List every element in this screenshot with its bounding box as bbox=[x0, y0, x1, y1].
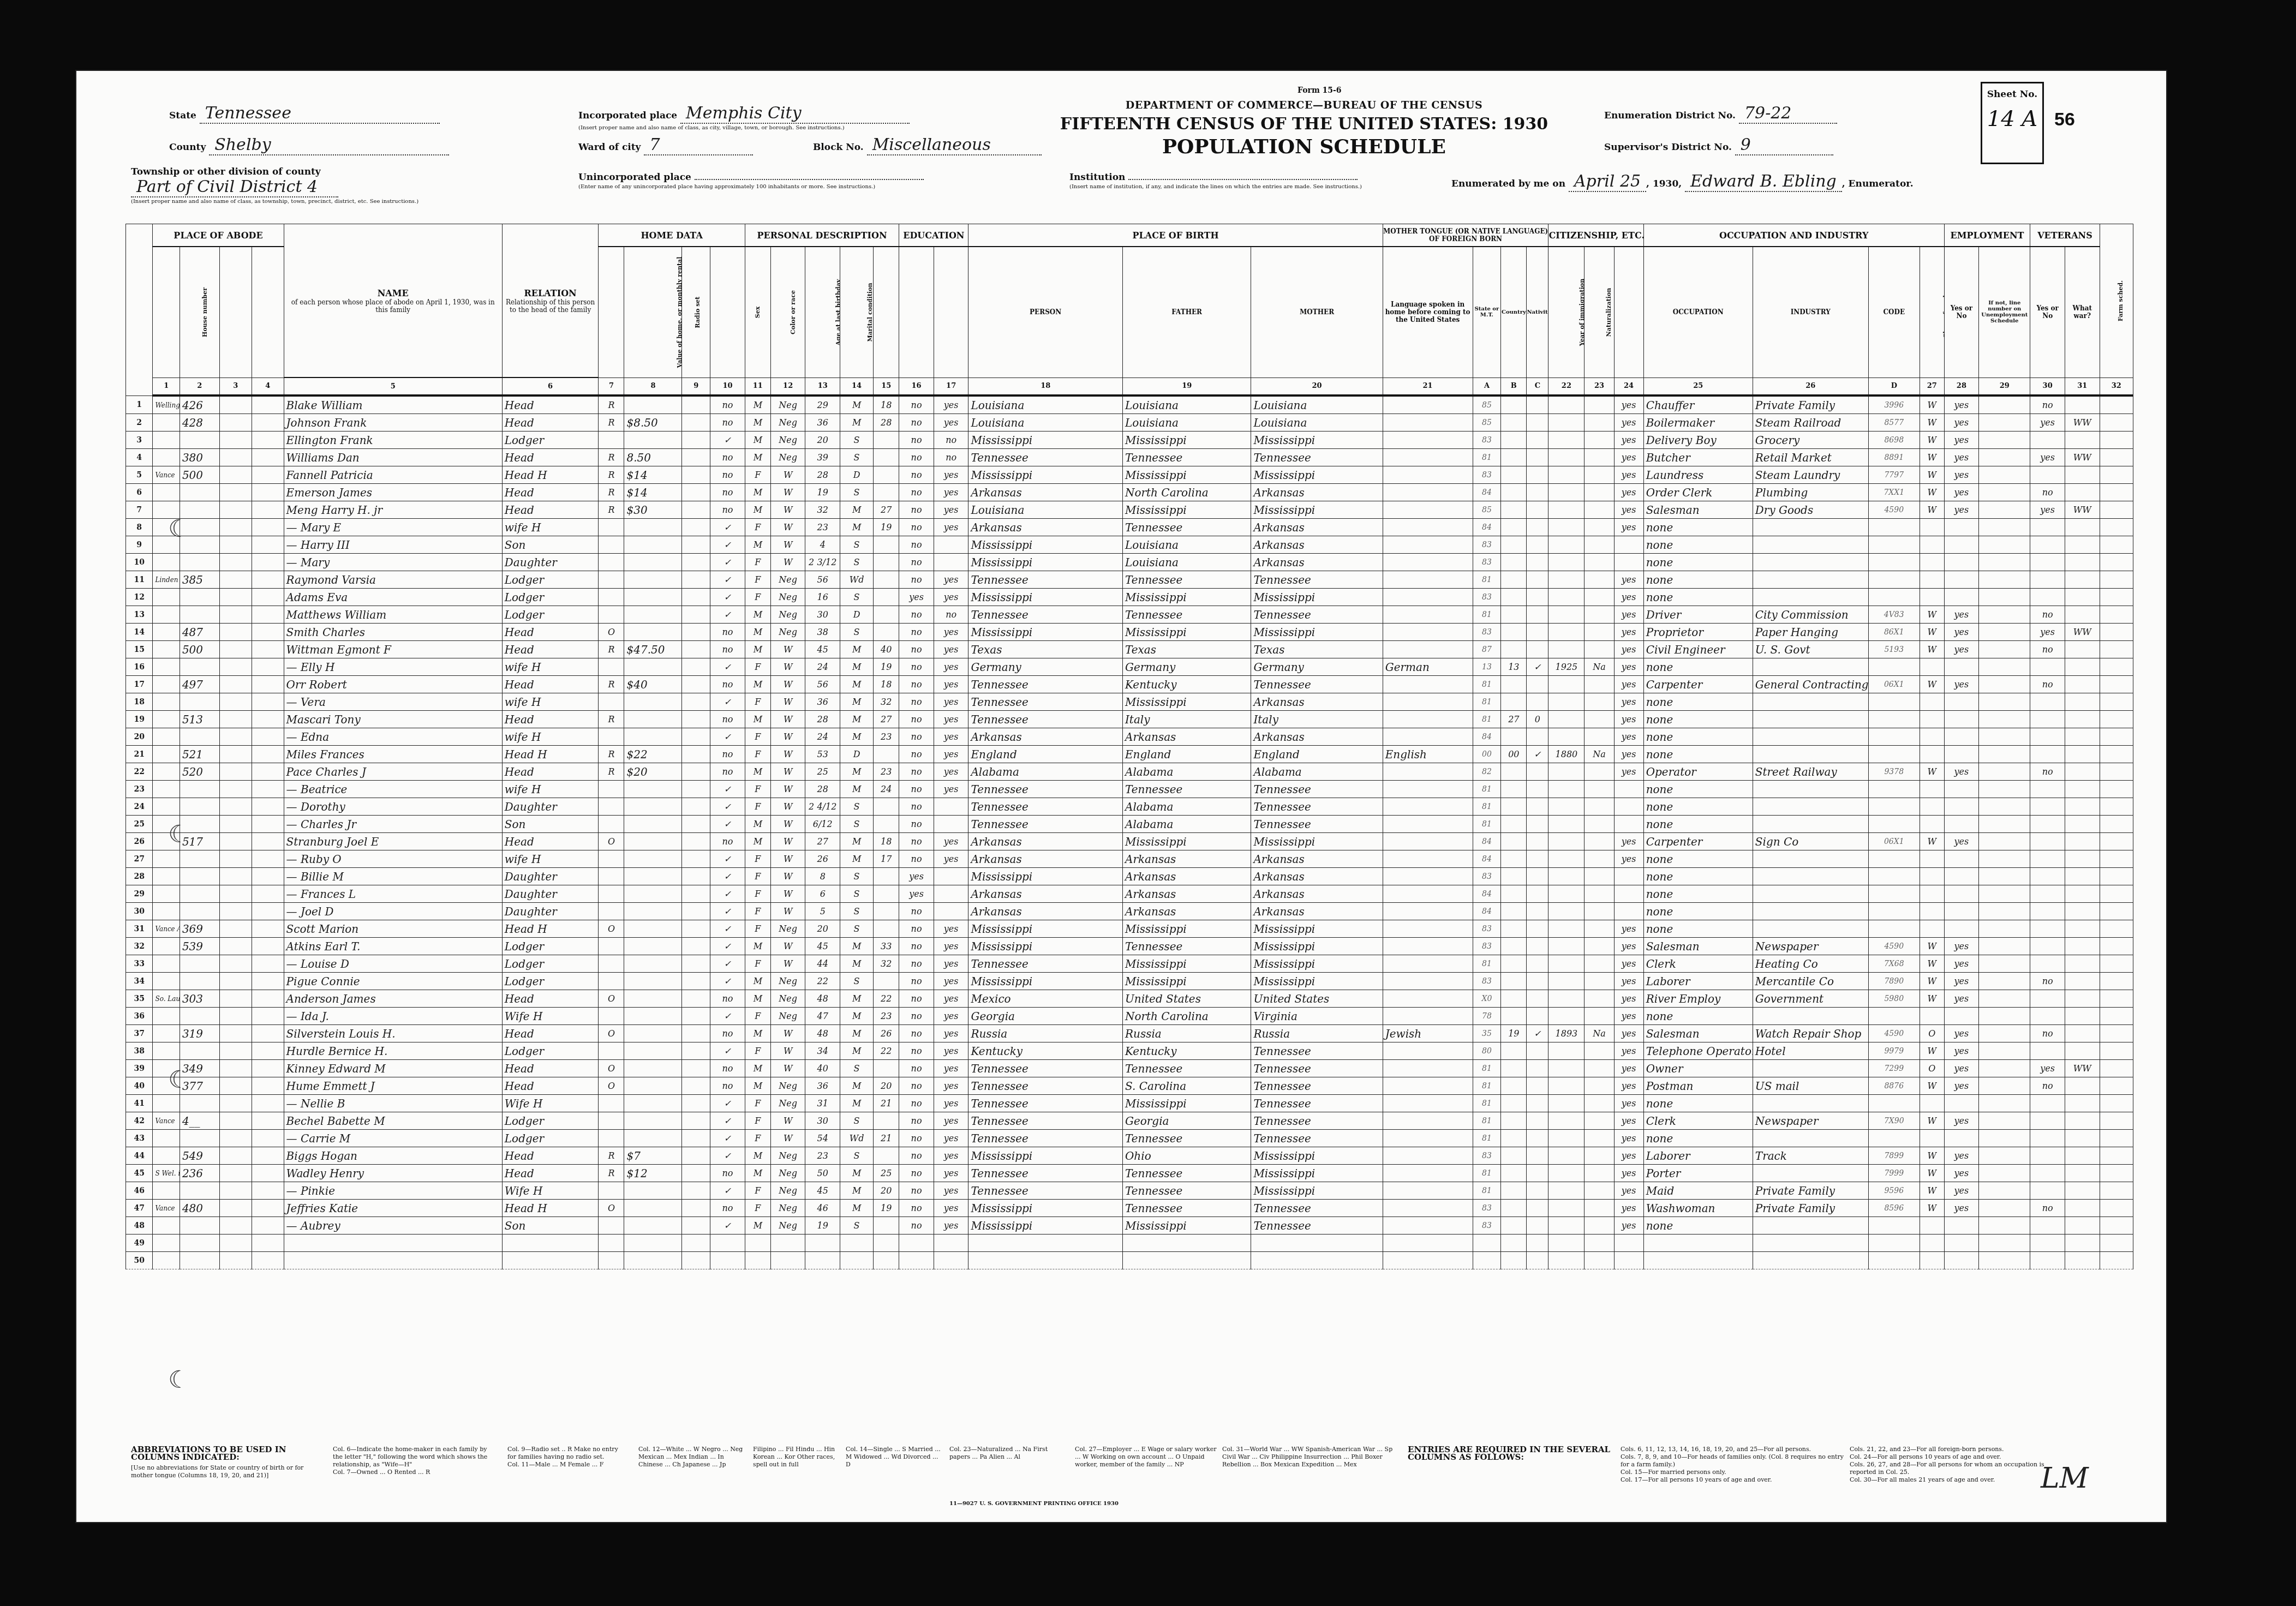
cell-ind bbox=[1753, 798, 1868, 816]
cell-fam bbox=[252, 1025, 284, 1042]
cell-eng: yes bbox=[1614, 693, 1643, 711]
cell-sch: no bbox=[899, 850, 934, 868]
cell-own bbox=[599, 1095, 624, 1112]
cell-radio bbox=[682, 449, 710, 466]
cell-cc bbox=[1527, 554, 1548, 571]
cell-name: Wadley Henry bbox=[284, 1165, 502, 1182]
cell-val bbox=[624, 868, 682, 885]
cell-imm bbox=[1548, 938, 1585, 955]
cell-ind: City Commission bbox=[1753, 606, 1868, 624]
cell-agem: 19 bbox=[874, 658, 899, 676]
cell-own bbox=[599, 1217, 624, 1235]
cell-unemp bbox=[1979, 990, 2030, 1008]
cell-vet: no bbox=[2030, 641, 2065, 658]
cell-oc: 7999 bbox=[1868, 1165, 1920, 1182]
cell-lang bbox=[1383, 1060, 1473, 1077]
cell-val bbox=[624, 1112, 682, 1130]
column-number: 12 bbox=[770, 377, 805, 395]
cell-nat bbox=[1585, 920, 1614, 938]
cell-cls bbox=[1920, 536, 1944, 554]
cell-radio bbox=[682, 641, 710, 658]
cell-street bbox=[153, 1182, 180, 1200]
cell-farm: ✓ bbox=[710, 903, 745, 920]
cell-age: 23 bbox=[805, 519, 840, 536]
cell-bm: Arkansas bbox=[1251, 519, 1383, 536]
cell-cb bbox=[1501, 1182, 1527, 1200]
cell-farmsched bbox=[2100, 990, 2133, 1008]
cell-farmsched bbox=[2100, 1252, 2133, 1269]
cell-val bbox=[624, 798, 682, 816]
cell-nat bbox=[1585, 781, 1614, 798]
cell-imm bbox=[1548, 676, 1585, 693]
line-number: 12 bbox=[126, 589, 153, 606]
cell-war: WW bbox=[2065, 501, 2100, 519]
cell-age: 36 bbox=[805, 414, 840, 432]
cell-rel: Head bbox=[502, 641, 599, 658]
cell-house bbox=[180, 903, 219, 920]
cell-farm: ✓ bbox=[710, 1182, 745, 1200]
cell-oc bbox=[1868, 1008, 1920, 1025]
cell-imm bbox=[1548, 711, 1585, 728]
cell-name: — Nellie B bbox=[284, 1095, 502, 1112]
cell-oc: 8596 bbox=[1868, 1200, 1920, 1217]
cell-nat bbox=[1585, 763, 1614, 781]
cell-bm: Tennessee bbox=[1251, 1112, 1383, 1130]
cell-rel: Head bbox=[502, 1025, 599, 1042]
cell-radio bbox=[682, 1200, 710, 1217]
cell-radio bbox=[682, 658, 710, 676]
line-number: 20 bbox=[126, 728, 153, 746]
cell-imm bbox=[1548, 816, 1585, 833]
column-number: A bbox=[1473, 377, 1501, 395]
cell-race: W bbox=[770, 1042, 805, 1060]
cell-imm bbox=[1548, 885, 1585, 903]
table-row: 17497Orr RobertHeadR$40noMW56M18noyesTen… bbox=[126, 676, 2133, 693]
cell-dw bbox=[219, 903, 252, 920]
cell-vet bbox=[2030, 728, 2065, 746]
cell-occ: none bbox=[1643, 711, 1753, 728]
cell-radio bbox=[682, 763, 710, 781]
cell-sex: M bbox=[745, 432, 770, 449]
cell-war bbox=[2065, 1182, 2100, 1200]
cell-race: W bbox=[770, 885, 805, 903]
cell-cc bbox=[1527, 1008, 1548, 1025]
cell-lang bbox=[1383, 1077, 1473, 1095]
cell-val bbox=[624, 728, 682, 746]
cell-house: 487 bbox=[180, 624, 219, 641]
cell-age: 31 bbox=[805, 1095, 840, 1112]
cell-street bbox=[153, 1025, 180, 1042]
cell-rel: Head bbox=[502, 1165, 599, 1182]
column-number: 25 bbox=[1643, 377, 1753, 395]
cell-ca: 83 bbox=[1473, 920, 1501, 938]
cell-cc bbox=[1527, 990, 1548, 1008]
cell-imm bbox=[1548, 781, 1585, 798]
line-number: 5 bbox=[126, 466, 153, 484]
cell-cb bbox=[1501, 1252, 1527, 1269]
cell-war bbox=[2065, 973, 2100, 990]
cell-read bbox=[934, 885, 968, 903]
cell-read: yes bbox=[934, 1025, 968, 1042]
cell-nat bbox=[1585, 955, 1614, 973]
cell-own bbox=[599, 973, 624, 990]
cell-sch: no bbox=[899, 1165, 934, 1182]
cell-house bbox=[180, 1008, 219, 1025]
cell-farm: ✓ bbox=[710, 1112, 745, 1130]
cell-bm: Mississippi bbox=[1251, 955, 1383, 973]
cell-war bbox=[2065, 728, 2100, 746]
cell-farm: ✓ bbox=[710, 606, 745, 624]
cell-name: Emerson James bbox=[284, 484, 502, 501]
block-field: Block No. Miscellaneous bbox=[813, 135, 1042, 155]
cell-nat bbox=[1585, 1147, 1614, 1165]
cell-oc bbox=[1868, 554, 1920, 571]
cell-fam bbox=[252, 449, 284, 466]
cell-eng: yes bbox=[1614, 833, 1643, 850]
line-number: 30 bbox=[126, 903, 153, 920]
cell-radio bbox=[682, 1095, 710, 1112]
cell-bp: Tennessee bbox=[968, 449, 1123, 466]
printer-line: 11—9027 U. S. GOVERNMENT PRINTING OFFICE… bbox=[949, 1500, 1119, 1508]
cell-farmsched bbox=[2100, 554, 2133, 571]
cell-read: yes bbox=[934, 711, 968, 728]
cell-war bbox=[2065, 432, 2100, 449]
cell-race: W bbox=[770, 728, 805, 746]
cell-bp: Mississippi bbox=[968, 1200, 1123, 1217]
cell-name: — Aubrey bbox=[284, 1217, 502, 1235]
cell-unemp bbox=[1979, 589, 2030, 606]
cell-occ bbox=[1643, 1252, 1753, 1269]
cell-cb: 27 bbox=[1501, 711, 1527, 728]
cell-bm: Italy bbox=[1251, 711, 1383, 728]
cell-farmsched bbox=[2100, 920, 2133, 938]
cell-agem: 18 bbox=[874, 833, 899, 850]
name-header: NAMEof each person whose place of abode … bbox=[284, 224, 502, 378]
cell-name: — Pinkie bbox=[284, 1182, 502, 1200]
cell-bm: Mississippi bbox=[1251, 1147, 1383, 1165]
cell-read: yes bbox=[934, 1147, 968, 1165]
cell-val bbox=[624, 1060, 682, 1077]
cell-bp: Tennessee bbox=[968, 798, 1123, 816]
cell-eng: yes bbox=[1614, 449, 1643, 466]
cell-cb bbox=[1501, 1130, 1527, 1147]
cell-sch: no bbox=[899, 641, 934, 658]
cell-ca: 83 bbox=[1473, 1200, 1501, 1217]
cell-name bbox=[284, 1235, 502, 1252]
cell-radio bbox=[682, 693, 710, 711]
cell-name: Stranburg Joel E bbox=[284, 833, 502, 850]
cell-bm: Tennessee bbox=[1251, 1130, 1383, 1147]
cell-age bbox=[805, 1235, 840, 1252]
cell-unemp bbox=[1979, 885, 2030, 903]
cell-dw bbox=[219, 1252, 252, 1269]
cell-sex: M bbox=[745, 990, 770, 1008]
census-title: FIFTEENTH CENSUS OF THE UNITED STATES: 1… bbox=[1059, 115, 1550, 134]
cell-own: O bbox=[599, 920, 624, 938]
cell-occ: Chauffer bbox=[1643, 395, 1753, 414]
cell-race: W bbox=[770, 658, 805, 676]
cell-own bbox=[599, 728, 624, 746]
cell-race: Neg bbox=[770, 1077, 805, 1095]
cell-val: $8.50 bbox=[624, 414, 682, 432]
cell-cb bbox=[1501, 641, 1527, 658]
cell-fam bbox=[252, 589, 284, 606]
cell-name: Hume Emmett J bbox=[284, 1077, 502, 1095]
cell-read: yes bbox=[934, 624, 968, 641]
line-number: 29 bbox=[126, 885, 153, 903]
cell-house bbox=[180, 501, 219, 519]
cell-mar: S bbox=[840, 449, 874, 466]
cell-cc: ✓ bbox=[1527, 746, 1548, 763]
cell-mar: M bbox=[840, 641, 874, 658]
column-number: 6 bbox=[502, 377, 599, 395]
cell-rel: wife H bbox=[502, 693, 599, 711]
cell-agem bbox=[874, 554, 899, 571]
cell-house: 303 bbox=[180, 990, 219, 1008]
cell-cls: W bbox=[1920, 833, 1944, 850]
cell-race: W bbox=[770, 868, 805, 885]
cell-farm: ✓ bbox=[710, 1042, 745, 1060]
cell-eng: yes bbox=[1614, 973, 1643, 990]
cell-work: yes bbox=[1944, 676, 1979, 693]
cell-occ: Operator bbox=[1643, 763, 1753, 781]
cell-oc: 5193 bbox=[1868, 641, 1920, 658]
cell-radio bbox=[682, 1060, 710, 1077]
cell-bf: Mississippi bbox=[1122, 589, 1251, 606]
cell-farm: no bbox=[710, 484, 745, 501]
cell-read: yes bbox=[934, 395, 968, 414]
column-number: 2 bbox=[180, 377, 219, 395]
cell-work bbox=[1944, 658, 1979, 676]
line-number: 8 bbox=[126, 519, 153, 536]
cell-war: WW bbox=[2065, 1060, 2100, 1077]
cell-oc: 4590 bbox=[1868, 501, 1920, 519]
cell-radio bbox=[682, 903, 710, 920]
cell-ca: 82 bbox=[1473, 763, 1501, 781]
cell-occ: Clerk bbox=[1643, 1112, 1753, 1130]
cell-sch: no bbox=[899, 554, 934, 571]
cell-eng: yes bbox=[1614, 414, 1643, 432]
table-row: 35So. Lauderdale303Anderson JamesHeadOno… bbox=[126, 990, 2133, 1008]
cell-radio bbox=[682, 676, 710, 693]
cell-sex: M bbox=[745, 1217, 770, 1235]
cell-bp: Georgia bbox=[968, 1008, 1123, 1025]
cell-own: R bbox=[599, 414, 624, 432]
cell-bf: Arkansas bbox=[1122, 885, 1251, 903]
cell-val: $22 bbox=[624, 746, 682, 763]
cell-cls bbox=[1920, 781, 1944, 798]
cell-read: yes bbox=[934, 955, 968, 973]
cell-occ: Salesman bbox=[1643, 501, 1753, 519]
cell-sch: no bbox=[899, 833, 934, 850]
cell-oc: 7X90 bbox=[1868, 1112, 1920, 1130]
cell-mar: M bbox=[840, 728, 874, 746]
cell-fam bbox=[252, 693, 284, 711]
cell-name: — Mary E bbox=[284, 519, 502, 536]
cell-oc: 86X1 bbox=[1868, 624, 1920, 641]
cell-race: W bbox=[770, 536, 805, 554]
cell-mar: M bbox=[840, 414, 874, 432]
cell-mar: M bbox=[840, 1165, 874, 1182]
cell-radio bbox=[682, 781, 710, 798]
cell-agem bbox=[874, 571, 899, 589]
cell-read: yes bbox=[934, 938, 968, 955]
cell-street bbox=[153, 414, 180, 432]
cell-fam bbox=[252, 519, 284, 536]
cell-cb bbox=[1501, 449, 1527, 466]
table-row: 9— Harry IIISon✓MW4SnoMississippiLouisia… bbox=[126, 536, 2133, 554]
cell-own bbox=[599, 885, 624, 903]
cell-own: O bbox=[599, 1060, 624, 1077]
cell-ca: 83 bbox=[1473, 554, 1501, 571]
cell-oc bbox=[1868, 1130, 1920, 1147]
cell-cc bbox=[1527, 1182, 1548, 1200]
cell-agem bbox=[874, 885, 899, 903]
cell-eng: yes bbox=[1614, 990, 1643, 1008]
cell-bf: Tennessee bbox=[1122, 781, 1251, 798]
cell-race: W bbox=[770, 466, 805, 484]
cell-work bbox=[1944, 850, 1979, 868]
cell-agem bbox=[874, 816, 899, 833]
cell-house: 428 bbox=[180, 414, 219, 432]
cell-occ: none bbox=[1643, 1095, 1753, 1112]
cell-imm bbox=[1548, 395, 1585, 414]
cell-age: 38 bbox=[805, 624, 840, 641]
cell-work: yes bbox=[1944, 395, 1979, 414]
line-number: 14 bbox=[126, 624, 153, 641]
line-number: 35 bbox=[126, 990, 153, 1008]
cell-nat bbox=[1585, 938, 1614, 955]
cell-mar: M bbox=[840, 711, 874, 728]
cell-work bbox=[1944, 885, 1979, 903]
column-number: D bbox=[1868, 377, 1920, 395]
cell-lang bbox=[1383, 589, 1473, 606]
cell-nat bbox=[1585, 1165, 1614, 1182]
cell-farm: no bbox=[710, 501, 745, 519]
cell-name: Bechel Babette M bbox=[284, 1112, 502, 1130]
cell-radio bbox=[682, 1147, 710, 1165]
cell-occ: none bbox=[1643, 816, 1753, 833]
cell-race: W bbox=[770, 903, 805, 920]
cell-ca: 84 bbox=[1473, 903, 1501, 920]
cell-farm: no bbox=[710, 449, 745, 466]
cell-rel: Head bbox=[502, 501, 599, 519]
cell-lang bbox=[1383, 833, 1473, 850]
column-number: B bbox=[1501, 377, 1527, 395]
cell-sex: F bbox=[745, 903, 770, 920]
cell-bf: Texas bbox=[1122, 641, 1251, 658]
cell-sex: F bbox=[745, 554, 770, 571]
cell-sch: no bbox=[899, 693, 934, 711]
cell-imm bbox=[1548, 466, 1585, 484]
column-number: 22 bbox=[1548, 377, 1585, 395]
cell-bp: Mississippi bbox=[968, 868, 1123, 885]
cell-ca: 81 bbox=[1473, 1060, 1501, 1077]
cell-farmsched bbox=[2100, 973, 2133, 990]
cell-house: 549 bbox=[180, 1147, 219, 1165]
cell-bp: Mississippi bbox=[968, 1147, 1123, 1165]
line-number: 41 bbox=[126, 1095, 153, 1112]
cell-race: W bbox=[770, 1060, 805, 1077]
relation-header: RELATIONRelationship of this person to t… bbox=[502, 224, 599, 378]
cell-bm: Arkansas bbox=[1251, 554, 1383, 571]
cell-war bbox=[2065, 1147, 2100, 1165]
cell-mar: D bbox=[840, 466, 874, 484]
cell-farmsched bbox=[2100, 449, 2133, 466]
cell-ind bbox=[1753, 746, 1868, 763]
cell-fam bbox=[252, 763, 284, 781]
cell-radio bbox=[682, 466, 710, 484]
cell-imm bbox=[1548, 850, 1585, 868]
cell-agem: 28 bbox=[874, 414, 899, 432]
cell-age: 45 bbox=[805, 1182, 840, 1200]
cell-val: 8.50 bbox=[624, 449, 682, 466]
cell-own bbox=[599, 432, 624, 449]
cell-imm bbox=[1548, 763, 1585, 781]
cell-imm bbox=[1548, 693, 1585, 711]
cell-fam bbox=[252, 571, 284, 589]
cell-age: 19 bbox=[805, 484, 840, 501]
cell-rel: Lodger bbox=[502, 973, 599, 990]
cell-sex: M bbox=[745, 833, 770, 850]
cell-ind bbox=[1753, 658, 1868, 676]
cell-farmsched bbox=[2100, 850, 2133, 868]
cell-read: yes bbox=[934, 990, 968, 1008]
cell-sch: no bbox=[899, 1147, 934, 1165]
cell-radio bbox=[682, 728, 710, 746]
cell-bf: Mississippi bbox=[1122, 1217, 1251, 1235]
cell-farmsched bbox=[2100, 955, 2133, 973]
cell-val bbox=[624, 1217, 682, 1235]
sheet-number: 14 A bbox=[1982, 106, 2042, 131]
cell-cc bbox=[1527, 955, 1548, 973]
cell-name: Williams Dan bbox=[284, 449, 502, 466]
cell-mar: S bbox=[840, 484, 874, 501]
line-number: 45 bbox=[126, 1165, 153, 1182]
cell-agem bbox=[874, 1217, 899, 1235]
cell-bm: Tennessee bbox=[1251, 449, 1383, 466]
cell-nat bbox=[1585, 554, 1614, 571]
cell-sch: no bbox=[899, 816, 934, 833]
cell-unemp bbox=[1979, 1252, 2030, 1269]
cell-work: yes bbox=[1944, 501, 1979, 519]
cell-imm bbox=[1548, 833, 1585, 850]
line-number: 21 bbox=[126, 746, 153, 763]
cell-dw bbox=[219, 571, 252, 589]
cell-cls: W bbox=[1920, 432, 1944, 449]
table-row: 18— Verawife H✓FW36M32noyesTennesseeMiss… bbox=[126, 693, 2133, 711]
cell-street: So. Lauderdale bbox=[153, 990, 180, 1008]
line-number: 47 bbox=[126, 1200, 153, 1217]
cell-val bbox=[624, 1077, 682, 1095]
cell-war bbox=[2065, 606, 2100, 624]
cell-vet: yes bbox=[2030, 624, 2065, 641]
cell-bf: Kentucky bbox=[1122, 1042, 1251, 1060]
table-row: 36— Ida J.Wife H✓FNeg47M23noyesGeorgiaNo… bbox=[126, 1008, 2133, 1025]
cell-nat bbox=[1585, 519, 1614, 536]
cell-imm bbox=[1548, 1200, 1585, 1217]
cell-own: R bbox=[599, 466, 624, 484]
cell-eng: yes bbox=[1614, 1130, 1643, 1147]
cell-agem: 20 bbox=[874, 1077, 899, 1095]
cell-rel: Head bbox=[502, 1060, 599, 1077]
cell-dw bbox=[219, 763, 252, 781]
cell-lang bbox=[1383, 1008, 1473, 1025]
cell-cls: W bbox=[1920, 1042, 1944, 1060]
cell-sex: F bbox=[745, 1112, 770, 1130]
cell-street: Vance bbox=[153, 1200, 180, 1217]
cell-oc: 8876 bbox=[1868, 1077, 1920, 1095]
